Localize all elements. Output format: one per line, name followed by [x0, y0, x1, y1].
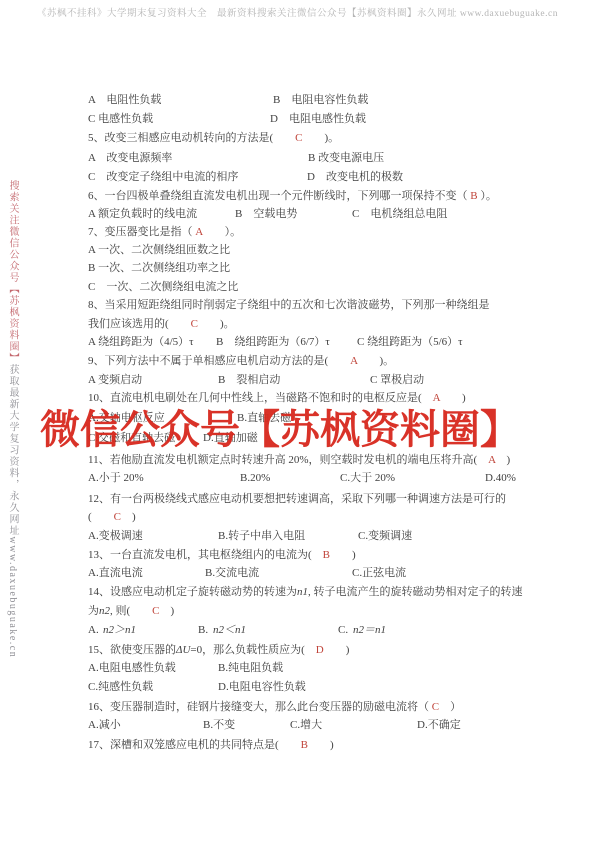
text-segment: , 则(: [110, 605, 152, 617]
text-segment: A 一次、二次侧绕组匝数之比: [88, 243, 230, 258]
text-segment: 8、当采用短距绕组同时削弱定子绕组中的五次和七次谐波磁势，下列那一种绕组是: [88, 298, 490, 313]
question-line: 5、改变三相感应电动机转向的方法是( C )。: [0, 131, 595, 147]
text-segment: B.交流电流: [205, 566, 259, 581]
text-segment: ): [308, 739, 334, 751]
question-line: C 电感性负载D 电阻电感性负载: [0, 112, 595, 128]
text-segment: C 绕组跨距为（5/6）τ: [357, 335, 463, 350]
text-segment: 11、若他励直流发电机额定点时转速升高 20%，则空载时发电机的端电压将升高(: [88, 454, 488, 466]
text-segment: D 改变电机的极数: [307, 170, 403, 185]
answer-letter: C: [152, 605, 159, 617]
question-line: 14、设感应电动机定子旋转磁动势的转速为n1, 转子电流产生的旋转磁动势相对定子…: [0, 585, 595, 601]
question-line: A 绕组跨距为（4/5）τB 绕组跨距为（6/7）τC 绕组跨距为（5/6）τ: [0, 335, 595, 351]
text-segment: 16、变压器制造时，硅钢片接缝变大，那么此台变压器的励磁电流将（: [88, 701, 432, 713]
text-segment: A.直流电流: [88, 566, 143, 581]
text-segment: 14、设感应电动机定子旋转磁动势的转速为: [88, 586, 297, 598]
text-segment: C.大于 20%: [340, 471, 395, 486]
question-line: A.减小B.不变C.增大D.不确定: [0, 718, 595, 734]
text-segment: 17、深槽和双笼感应电机的共同特点是(: [88, 739, 301, 751]
question-line: 7、变压器变比是指（ A ）。: [0, 225, 595, 241]
text-segment: A.: [88, 623, 104, 638]
text-segment: A 额定负载时的线电流: [88, 207, 197, 222]
text-segment: A 绕组跨距为（4/5）τ: [88, 335, 194, 350]
question-line: A.电阻电感性负载B.纯电阻负载: [0, 661, 595, 677]
question-line: 13、一台直流发电机，其电枢绕组内的电流为( B ): [0, 548, 595, 564]
answer-letter: C: [114, 511, 121, 523]
text-segment: C 罩极启动: [370, 373, 424, 388]
text-segment: D.40%: [485, 471, 516, 486]
text-segment: 9、下列方法中不属于单相感应电机启动方法的是(: [88, 355, 350, 367]
text-segment: )。: [198, 318, 235, 330]
question-line: A.变极调速B.转子中串入电阻C.变频调速: [0, 529, 595, 545]
watermark: 微信公众号【苏枫资料圈】: [40, 398, 595, 455]
question-line: ( C ): [0, 510, 595, 526]
question-line: 我们应该选用的( C )。: [0, 317, 595, 333]
answer-letter: A: [488, 454, 495, 466]
question-line: 15、欲使变压器的ΔU=0，那么负载性质应为( D ): [0, 643, 595, 659]
text-segment: B.纯电阻负载: [218, 661, 283, 676]
text-segment: n2: [99, 605, 110, 617]
answer-letter: C: [191, 318, 198, 330]
question-line: 11、若他励直流发电机额定点时转速升高 20%，则空载时发电机的端电压将升高( …: [0, 453, 595, 469]
answer-letter: B: [470, 190, 477, 202]
text-segment: A.小于 20%: [88, 471, 144, 486]
text-segment: ): [496, 454, 511, 466]
question-line: A 一次、二次侧绕组匝数之比: [0, 243, 595, 259]
text-segment: B.: [198, 623, 214, 638]
text-segment: A 变频启动: [88, 373, 142, 388]
answer-letter: C: [295, 132, 302, 144]
text-segment: D.不确定: [417, 718, 461, 733]
text-segment: 12、有一台两极绕线式感应电动机要想把转速调高，采取下列哪一种调速方法是可行的: [88, 492, 506, 507]
question-line: A. n2＞n1B. n2＜n1C. n2＝n1: [0, 623, 595, 639]
text-segment: C 改变定子绕组中电流的相序: [88, 170, 238, 185]
answer-letter: A: [195, 226, 202, 238]
answer-letter: A: [350, 355, 357, 367]
text-segment: A.减小: [88, 718, 121, 733]
text-segment: ): [324, 644, 350, 656]
question-line: A 电阻性负载B 电阻电容性负载: [0, 93, 595, 109]
question-line: C.纯感性负载D.电阻电容性负载: [0, 680, 595, 696]
text-segment: ）。: [478, 190, 497, 202]
text-segment: , 转子电流产生的旋转磁动势相对定子的转速: [308, 586, 523, 598]
text-segment: D.电阻电容性负载: [218, 680, 306, 695]
question-line: A 变频启动B 裂相启动C 罩极启动: [0, 373, 595, 389]
text-segment: ): [330, 549, 356, 561]
text-segment: n2＝n1: [353, 623, 386, 638]
question-line: A.小于 20%B.20%C.大于 20%D.40%: [0, 471, 595, 487]
text-segment: A.变极调速: [88, 529, 143, 544]
answer-letter: B: [301, 739, 308, 751]
text-segment: B.20%: [240, 471, 270, 486]
text-segment: C.: [338, 623, 354, 638]
text-segment: C 电感性负载: [88, 112, 153, 127]
text-segment: 为: [88, 605, 99, 617]
text-segment: ΔU: [176, 644, 190, 656]
text-segment: A.电阻电感性负载: [88, 661, 176, 676]
answer-letter: C: [432, 701, 439, 713]
question-line: 6、一台四极单叠绕组直流发电机出现一个元件断线时，下列哪一项保持不变（ B ）。: [0, 189, 595, 205]
text-segment: 15、欲使变压器的: [88, 644, 176, 656]
text-segment: =0，那么负载性质应为(: [190, 644, 315, 656]
text-segment: C.纯感性负载: [88, 680, 153, 695]
text-segment: B.转子中串入电阻: [218, 529, 305, 544]
answer-letter: B: [323, 549, 330, 561]
text-segment: C 一次、二次侧绕组电流之比: [88, 280, 238, 295]
text-segment: n2＞n1: [103, 623, 136, 638]
question-line: A 额定负载时的线电流B 空载电势C 电机绕组总电阻: [0, 207, 595, 223]
question-line: A 改变电源频率B 改变电源电压: [0, 151, 595, 167]
text-segment: 7、变压器变比是指（: [88, 226, 195, 238]
text-segment: 13、一台直流发电机，其电枢绕组内的电流为(: [88, 549, 323, 561]
text-segment: C 电机绕组总电阻: [352, 207, 447, 222]
text-segment: B 一次、二次侧绕组功率之比: [88, 261, 230, 276]
text-segment: 我们应该选用的(: [88, 318, 191, 330]
text-segment: )。: [358, 355, 395, 367]
document-page: { "page": {"width": 595, "height": 842, …: [0, 0, 595, 842]
question-line: 12、有一台两极绕线式感应电动机要想把转速调高，采取下列哪一种调速方法是可行的: [0, 492, 595, 508]
text-segment: C.增大: [290, 718, 322, 733]
text-segment: B 绕组跨距为（6/7）τ: [216, 335, 330, 350]
question-line: 9、下列方法中不属于单相感应电机启动方法的是( A )。: [0, 354, 595, 370]
text-segment: B 电阻电容性负载: [273, 93, 368, 108]
text-segment: B 空载电势: [235, 207, 297, 222]
text-segment: B 裂相启动: [218, 373, 280, 388]
question-line: 16、变压器制造时，硅钢片接缝变大，那么此台变压器的励磁电流将（ C ）: [0, 700, 595, 716]
text-segment: C.正弦电流: [352, 566, 406, 581]
text-segment: C.变频调速: [358, 529, 412, 544]
text-segment: (: [88, 511, 114, 523]
question-line: B 一次、二次侧绕组功率之比: [0, 261, 595, 277]
text-segment: A 改变电源频率: [88, 151, 172, 166]
answer-letter: D: [316, 644, 324, 656]
text-segment: n2＜n1: [213, 623, 246, 638]
text-segment: 6、一台四极单叠绕组直流发电机出现一个元件断线时，下列哪一项保持不变（: [88, 190, 470, 202]
text-segment: ): [121, 511, 136, 523]
text-segment: A 电阻性负载: [88, 93, 161, 108]
text-segment: ）: [439, 701, 461, 713]
text-segment: ）。: [203, 226, 242, 238]
text-segment: n1: [297, 586, 308, 598]
question-line: A.直流电流B.交流电流C.正弦电流: [0, 566, 595, 582]
text-segment: 5、改变三相感应电动机转向的方法是(: [88, 132, 295, 144]
question-line: C 一次、二次侧绕组电流之比: [0, 280, 595, 296]
text-segment: B 改变电源电压: [308, 151, 384, 166]
text-segment: ): [160, 605, 175, 617]
question-line: 17、深槽和双笼感应电机的共同特点是( B ): [0, 738, 595, 754]
question-line: 8、当采用短距绕组同时削弱定子绕组中的五次和七次谐波磁势，下列那一种绕组是: [0, 298, 595, 314]
text-segment: D 电阻电感性负载: [270, 112, 366, 127]
question-line: C 改变定子绕组中电流的相序D 改变电机的极数: [0, 170, 595, 186]
question-line: 为n2, 则( C ): [0, 604, 595, 620]
text-segment: )。: [303, 132, 340, 144]
text-segment: B.不变: [203, 718, 235, 733]
